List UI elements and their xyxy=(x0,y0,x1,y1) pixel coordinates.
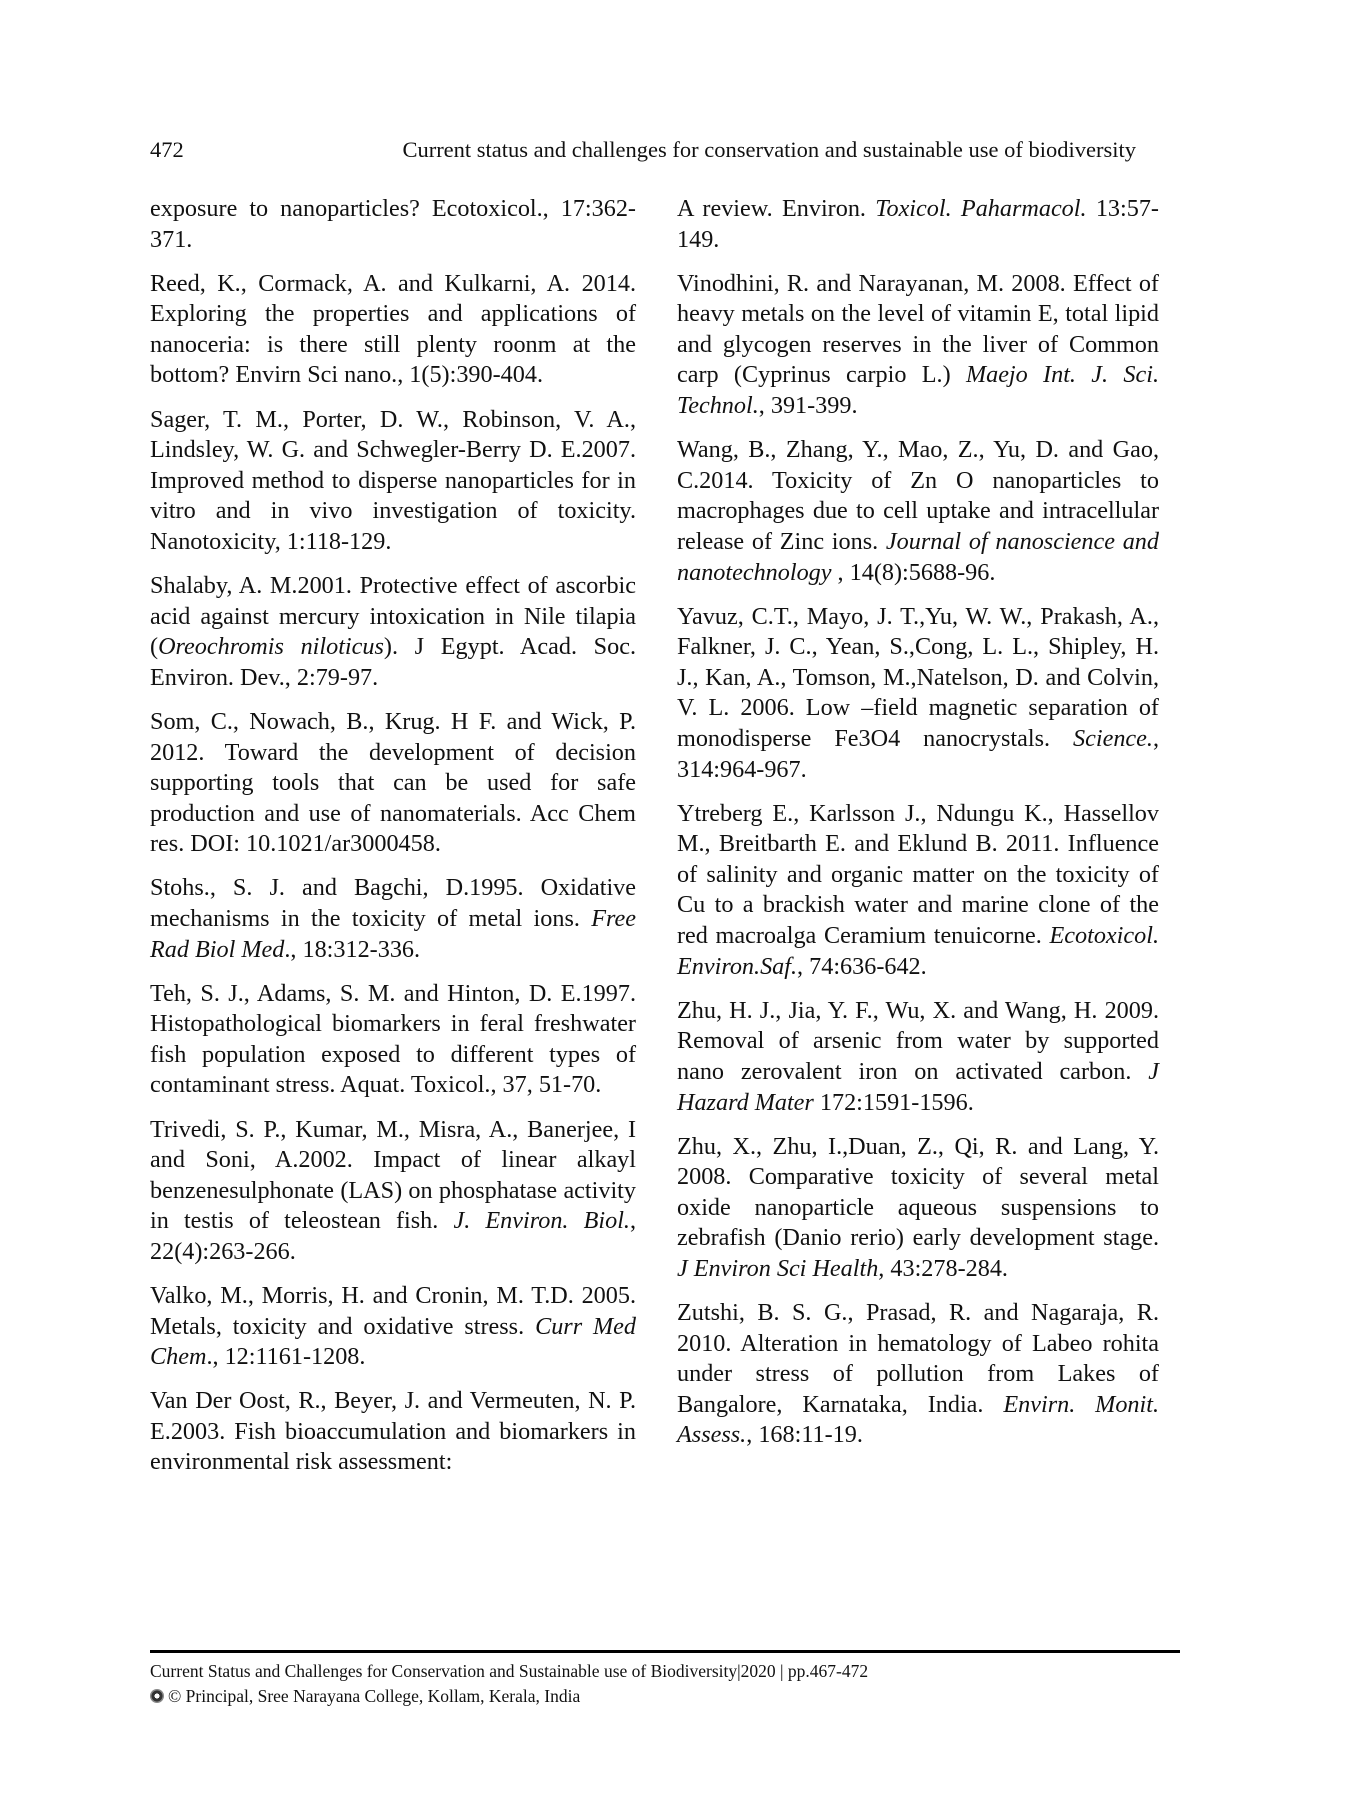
reference-text: ., 18:312-336. xyxy=(284,936,420,963)
reference-entry: Ytreberg E., Karlsson J., Ndungu K., Has… xyxy=(677,799,1159,983)
reference-entry: Vinodhini, R. and Narayanan, M. 2008. Ef… xyxy=(677,269,1159,422)
footer-rule xyxy=(150,1650,1180,1653)
reference-entry: Zhu, X., Zhu, I.,Duan, Z., Qi, R. and La… xyxy=(677,1132,1159,1285)
reference-text: 172:1591-1596. xyxy=(814,1089,974,1116)
running-title: Current status and challenges for conser… xyxy=(402,136,1136,164)
reference-entry: Wang, B., Zhang, Y., Mao, Z., Yu, D. and… xyxy=(677,435,1159,588)
reference-text: ., 12:1161-1208. xyxy=(206,1343,365,1370)
footer-copyright-line: © Principal, Sree Narayana College, Koll… xyxy=(150,1684,868,1709)
page-footer: Current Status and Challenges for Conser… xyxy=(150,1659,868,1709)
reference-journal: J Environ Sci Health, xyxy=(677,1255,884,1282)
reference-entry: Zutshi, B. S. G., Prasad, R. and Nagaraj… xyxy=(677,1298,1159,1451)
reference-text: Som, C., Nowach, B., Krug. H F. and Wick… xyxy=(150,708,636,857)
college-emblem-icon xyxy=(150,1689,164,1703)
footer-copyright: © Principal, Sree Narayana College, Koll… xyxy=(168,1686,580,1706)
reference-text: , 14(8):5688-96. xyxy=(832,559,996,586)
reference-text: Teh, S. J., Adams, S. M. and Hinton, D. … xyxy=(150,980,636,1099)
reference-entry: Valko, M., Morris, H. and Cronin, M. T.D… xyxy=(150,1281,636,1373)
reference-text: Van Der Oost, R., Beyer, J. and Vermeute… xyxy=(150,1387,636,1475)
reference-entry: Zhu, H. J., Jia, Y. F., Wu, X. and Wang,… xyxy=(677,996,1159,1118)
reference-journal: Science. xyxy=(1073,725,1153,752)
reference-text: A review. Environ. xyxy=(677,195,875,222)
reference-text: 43:278-284. xyxy=(884,1255,1008,1282)
reference-entry: Teh, S. J., Adams, S. M. and Hinton, D. … xyxy=(150,979,636,1101)
reference-entry: Som, C., Nowach, B., Krug. H F. and Wick… xyxy=(150,707,636,860)
reference-text: exposure to nanoparticles? Ecotoxicol., … xyxy=(150,195,636,253)
footer-citation: Current Status and Challenges for Conser… xyxy=(150,1659,868,1684)
reference-entry: Van Der Oost, R., Beyer, J. and Vermeute… xyxy=(150,1386,636,1478)
reference-entry: A review. Environ. Toxicol. Paharmacol. … xyxy=(677,194,1159,255)
reference-text: , 74:636-642. xyxy=(797,953,927,980)
page-number: 472 xyxy=(150,136,184,164)
reference-text: Zhu, X., Zhu, I.,Duan, Z., Qi, R. and La… xyxy=(677,1133,1159,1252)
reference-text: Zhu, H. J., Jia, Y. F., Wu, X. and Wang,… xyxy=(677,997,1159,1085)
reference-entry: Shalaby, A. M.2001. Protective effect of… xyxy=(150,571,636,693)
reference-text: Stohs., S. J. and Bagchi, D.1995. Oxidat… xyxy=(150,874,636,932)
reference-journal: Oreochromis niloticus xyxy=(158,633,384,660)
reference-text: Sager, T. M., Porter, D. W., Robinson, V… xyxy=(150,406,636,555)
reference-entry: Stohs., S. J. and Bagchi, D.1995. Oxidat… xyxy=(150,873,636,965)
reference-entry: Reed, K., Cormack, A. and Kulkarni, A. 2… xyxy=(150,269,636,391)
reference-entry: Yavuz, C.T., Mayo, J. T.,Yu, W. W., Prak… xyxy=(677,602,1159,786)
references-right-column: A review. Environ. Toxicol. Paharmacol. … xyxy=(677,194,1159,1465)
reference-entry: Sager, T. M., Porter, D. W., Robinson, V… xyxy=(150,405,636,558)
references-left-column: exposure to nanoparticles? Ecotoxicol., … xyxy=(150,194,636,1492)
reference-journal: J. Environ. Biol. xyxy=(453,1207,630,1234)
reference-text: , 391-399. xyxy=(759,392,858,419)
reference-text: , 168:11-19. xyxy=(746,1421,863,1448)
reference-entry: exposure to nanoparticles? Ecotoxicol., … xyxy=(150,194,636,255)
reference-journal: Toxicol. Paharmacol. xyxy=(875,195,1086,222)
reference-entry: Trivedi, S. P., Kumar, M., Misra, A., Ba… xyxy=(150,1115,636,1268)
reference-text: Reed, K., Cormack, A. and Kulkarni, A. 2… xyxy=(150,270,636,389)
